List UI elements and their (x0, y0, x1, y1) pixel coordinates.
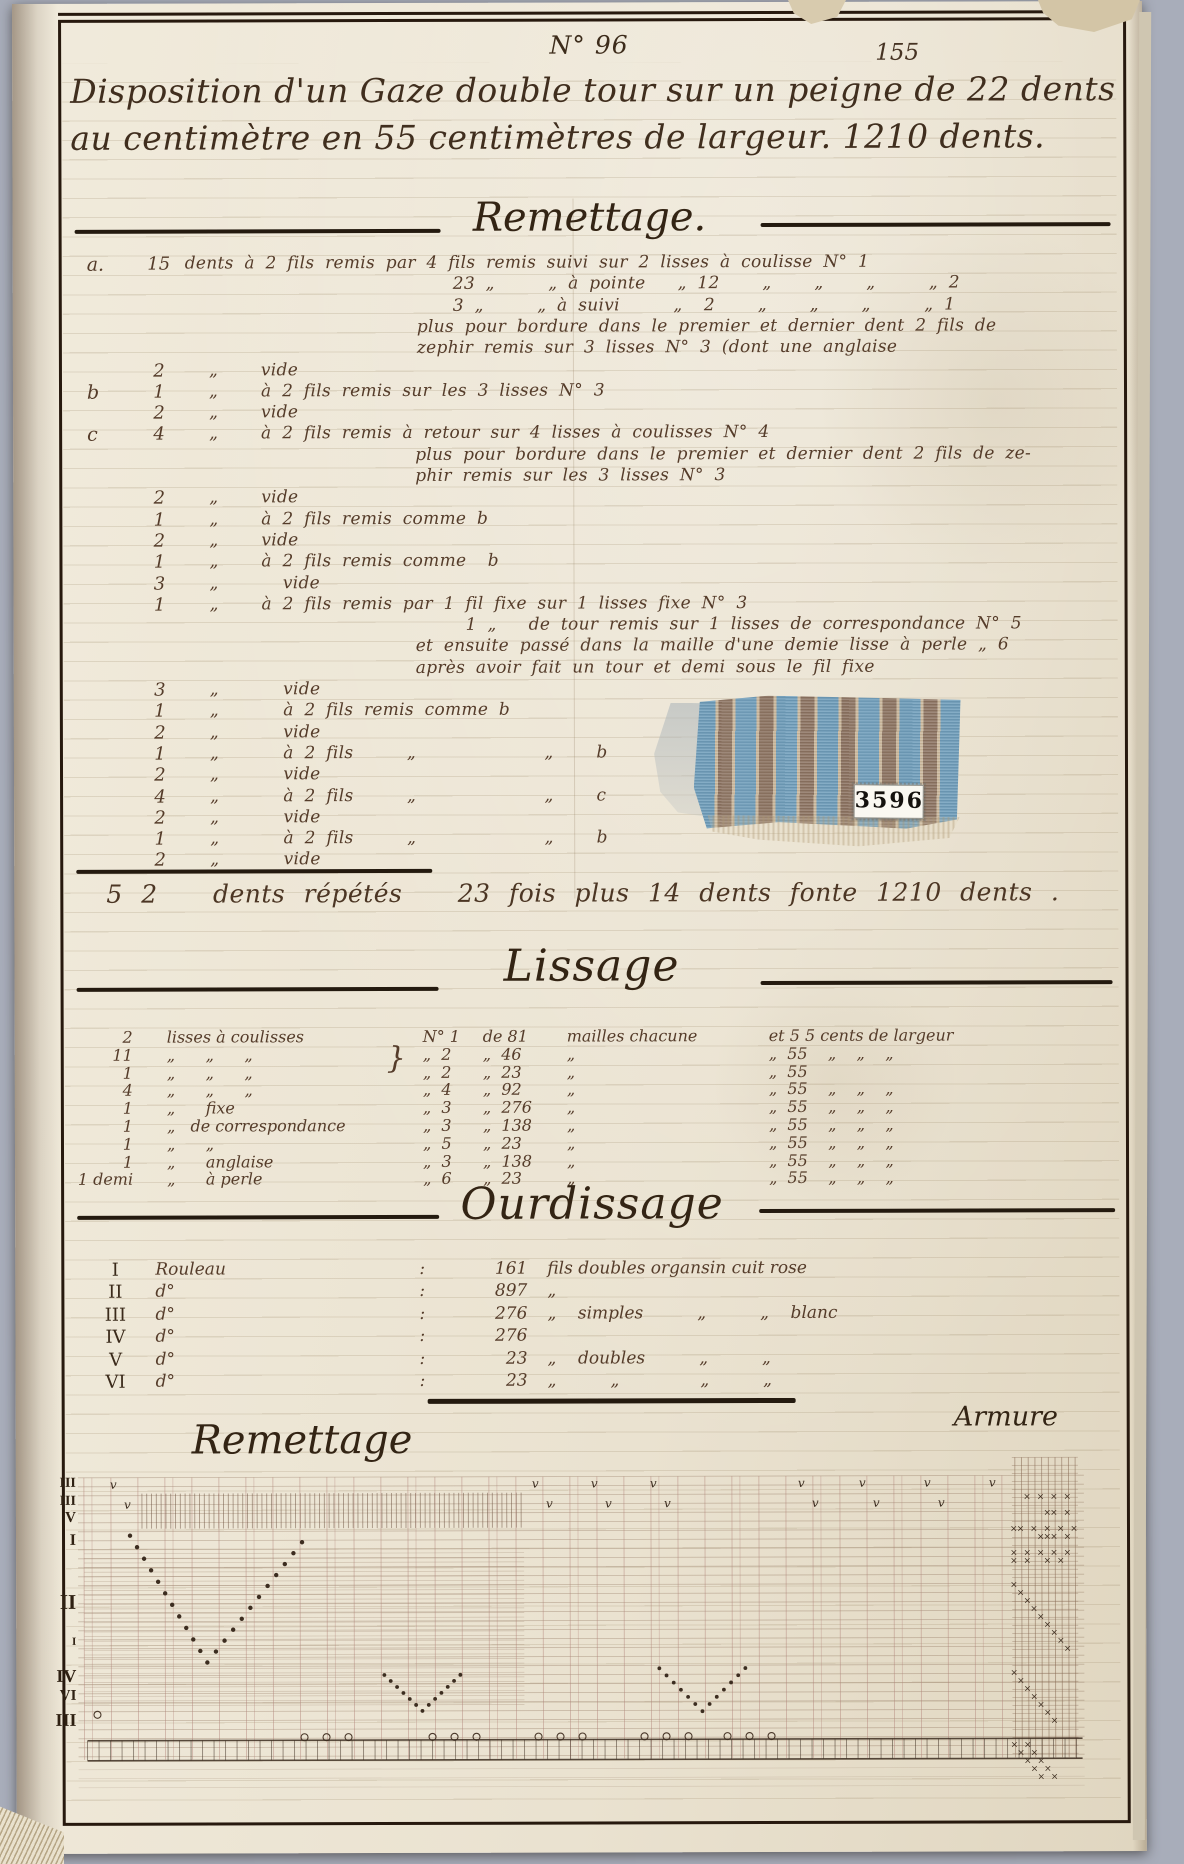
svg-text:v: v (546, 1497, 553, 1511)
svg-text:v: v (798, 1476, 805, 1490)
ourdissage-row: IVd°:276 (15, 1324, 1075, 1348)
ourdissage-row: IIId°:276„ simples „ „ blanc (15, 1302, 1075, 1326)
swatch-number-tag: 3596 (854, 784, 924, 819)
fabric-swatch: 3596 (653, 695, 960, 833)
ourdissage-heading: Ourdissage (61, 1177, 1123, 1231)
svg-text:v: v (110, 1478, 117, 1492)
svg-text:×: × (1050, 1508, 1058, 1518)
manuscript-page: N° 96 155 Disposition d'un Gaze double t… (12, 1, 1147, 1854)
svg-text:v: v (124, 1498, 131, 1512)
svg-text:×: × (1057, 1556, 1065, 1566)
svg-text:×: × (1023, 1492, 1031, 1502)
svg-text:×: × (1063, 1492, 1071, 1502)
svg-text:v: v (938, 1496, 945, 1510)
photo-background: { "page": { "no_label": "N° 96", "folio"… (0, 0, 1184, 1864)
remettage-heading: Remettage. (59, 193, 1121, 242)
weaving-draft-grid: vvvvvvvvvvvvvvv×××××××××××××××××××××××××… (64, 1455, 1127, 1840)
ourdissage-row: Vd°:23„ doubles „ „ (16, 1347, 1076, 1371)
svg-text:×: × (1023, 1556, 1031, 1566)
svg-text:v: v (859, 1476, 866, 1490)
svg-text:×: × (1064, 1548, 1072, 1558)
svg-text:×: × (1051, 1716, 1059, 1726)
page-title: Disposition d'un Gaze double tour sur un… (70, 65, 1080, 162)
folio-number: 155 (862, 40, 932, 66)
svg-text:×: × (1044, 1556, 1052, 1566)
svg-text:×: × (1037, 1492, 1045, 1502)
svg-text:×: × (1064, 1644, 1072, 1654)
svg-text:v: v (591, 1476, 598, 1490)
ourdissage-row: IId°:897„ (15, 1280, 1075, 1304)
svg-text:v: v (924, 1476, 931, 1490)
svg-text:×: × (1050, 1492, 1058, 1502)
svg-text:v: v (532, 1477, 539, 1491)
ourdissage-row: IRouleau:161fils doubles organsin cuit r… (15, 1257, 1075, 1281)
svg-text:v: v (812, 1496, 819, 1510)
svg-text:v: v (664, 1496, 671, 1510)
svg-text:×: × (1017, 1524, 1025, 1534)
svg-text:v: v (605, 1496, 612, 1510)
section-divider-rule (428, 1398, 796, 1404)
remettage-total: 5 2 dents répétés 23 fois plus 14 dents … (106, 877, 1059, 908)
ourdissage-row: VId°:23„ „ „ „ (16, 1369, 1076, 1393)
svg-text:v: v (650, 1476, 657, 1490)
svg-text:×: × (1064, 1508, 1072, 1518)
svg-text:v: v (873, 1496, 880, 1510)
svg-text:×: × (1010, 1556, 1018, 1566)
page-number-label: N° 96 (58, 29, 1120, 61)
svg-text:×: × (1037, 1772, 1045, 1782)
lissage-heading: Lissage (60, 939, 1122, 993)
title-line-2: au centimètre en 55 centimètres de large… (70, 112, 1080, 162)
draft-armure-heading: Armure (954, 1401, 1058, 1432)
svg-text:×: × (1051, 1772, 1059, 1782)
svg-text:×: × (1064, 1532, 1072, 1542)
title-line-1: Disposition d'un Gaze double tour sur un… (70, 65, 1080, 115)
svg-text:v: v (989, 1475, 996, 1489)
svg-text:×: × (1050, 1532, 1058, 1542)
svg-text:×: × (1070, 1524, 1078, 1534)
